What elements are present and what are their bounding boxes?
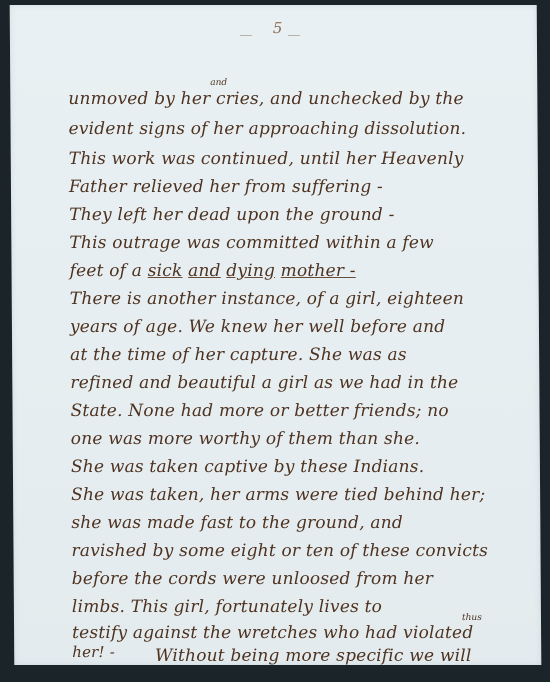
manuscript-page: 5 and unmoved by her cries, and unchecke… <box>10 5 542 665</box>
text-line-7: feet of a sick and dying mother - <box>69 261 355 281</box>
underlined-word-and: and <box>188 261 221 281</box>
text-line-13: one was more worthy of them than she. <box>71 429 420 449</box>
text-line-1: unmoved by her cries, and unchecked by t… <box>68 89 464 109</box>
text-line-11: refined and beautiful a girl as we had i… <box>70 373 458 393</box>
text-line-2: evident signs of her approaching dissolu… <box>68 119 466 139</box>
text-line-9: years of age. We knew her well before an… <box>70 317 445 337</box>
underlined-word-mother: mother - <box>281 261 356 281</box>
text-line-5: They left her dead upon the ground - <box>69 205 394 225</box>
text-line-12: State. None had more or better friends; … <box>70 401 448 421</box>
insertion-and: and <box>210 78 227 88</box>
text-line-6: This outrage was committed within a few <box>69 233 434 253</box>
text-line-19: limbs. This girl, fortunately lives to <box>72 597 382 617</box>
text-line-17: ravished by some eight or ten of these c… <box>71 541 488 561</box>
page-number-dash-right <box>288 35 300 36</box>
underlined-word-dying: dying <box>226 261 275 281</box>
underlined-word-sick: sick <box>148 261 183 281</box>
text-segment: feet of a <box>69 261 142 281</box>
text-line-8: There is another instance, of a girl, ei… <box>70 289 464 309</box>
text-line-4: Father relieved her from suffering - <box>69 177 383 197</box>
text-line-21: her! - <box>72 643 115 661</box>
text-line-20: testify against the wretches who had vio… <box>72 623 473 643</box>
page-number-dash-left <box>240 35 252 36</box>
page-number: 5 <box>273 19 283 37</box>
text-line-14: She was taken captive by these Indians. <box>71 457 424 477</box>
text-line-22: Without being more specific we will <box>155 646 472 666</box>
text-line-3: This work was continued, until her Heave… <box>69 149 464 169</box>
text-line-10: at the time of her capture. She was as <box>70 345 407 365</box>
text-line-18: before the cords were unloosed from her <box>72 569 434 589</box>
insertion-thus: thus <box>462 613 482 623</box>
text-line-15: She was taken, her arms were tied behind… <box>71 485 485 505</box>
text-line-16: she was made fast to the ground, and <box>71 513 403 533</box>
